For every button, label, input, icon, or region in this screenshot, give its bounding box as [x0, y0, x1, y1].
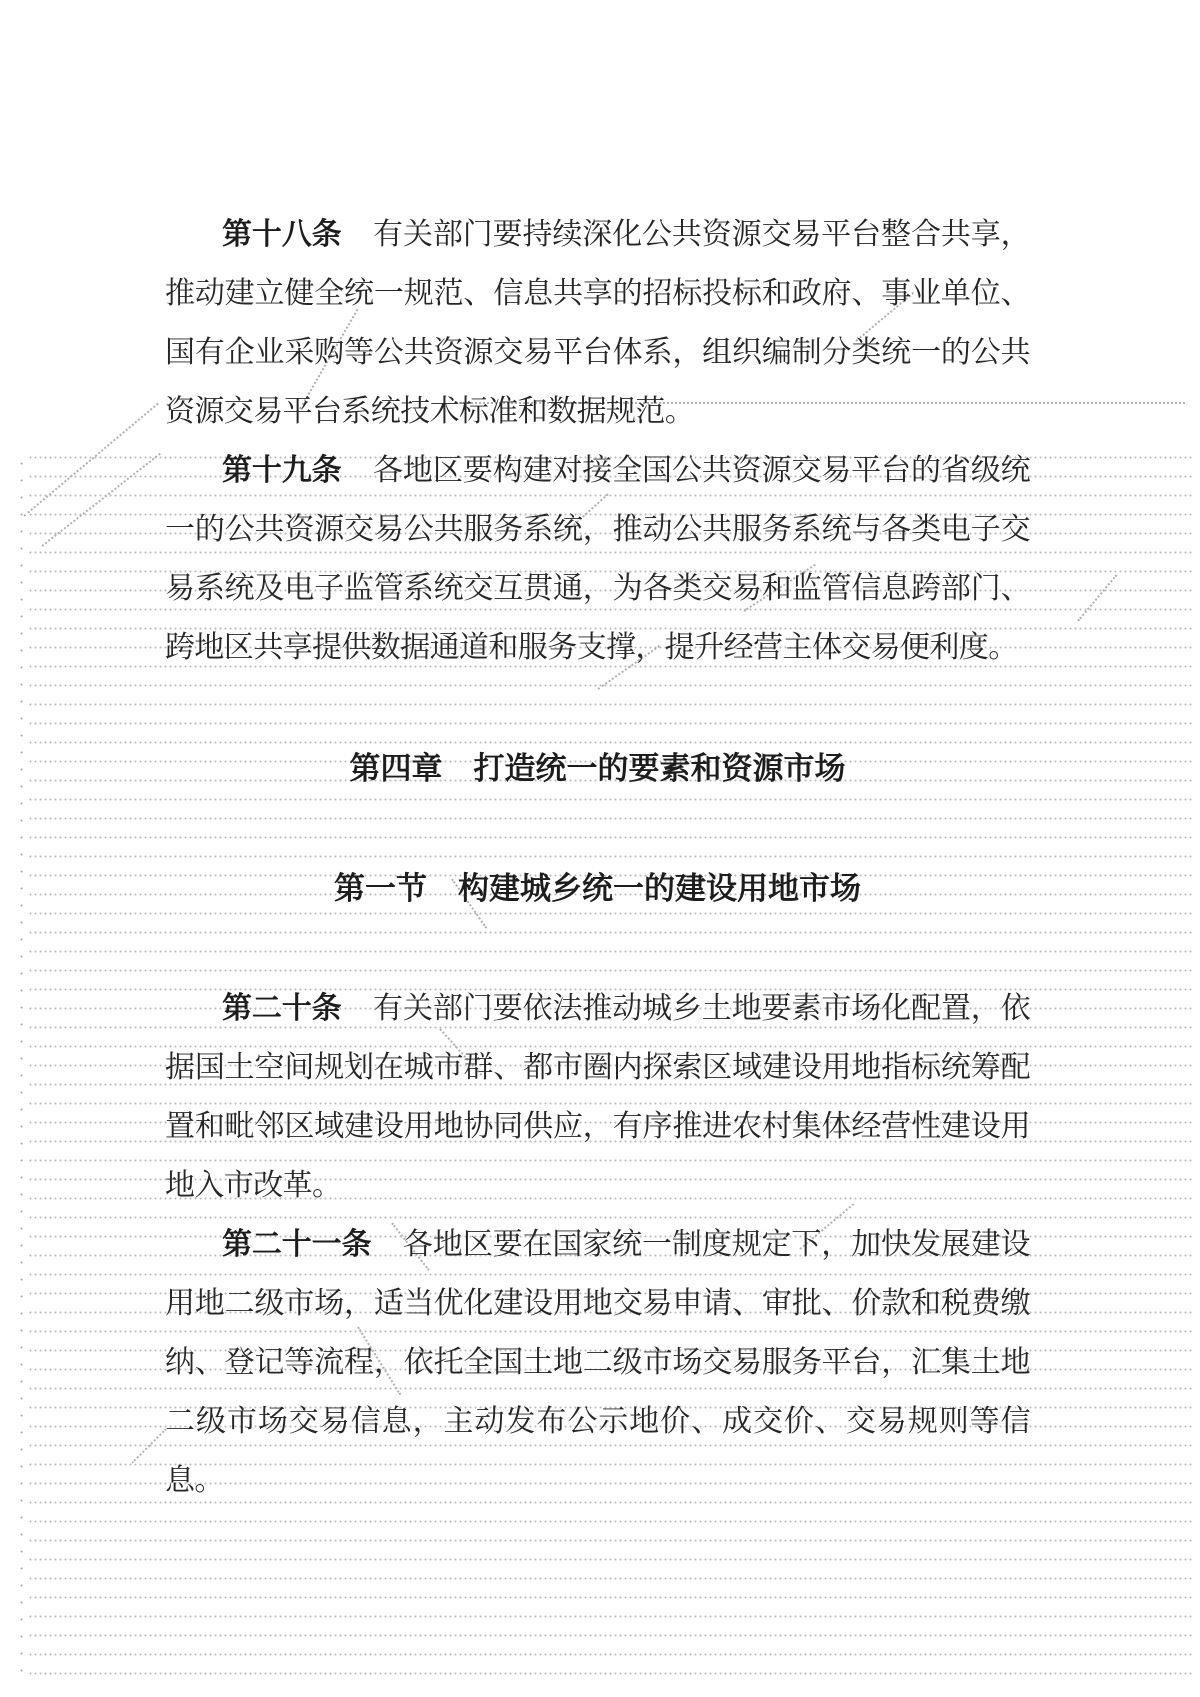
chapter-heading: 第四章打造统一的要素和资源市场: [165, 739, 1030, 798]
article-21-label: 第二十一条: [222, 1228, 371, 1261]
article-20-label: 第二十条: [222, 992, 342, 1025]
scan-left-dot-column: [19, 455, 24, 1685]
article-21-paragraph: 第二十一条各地区要在国家统一制度规定下，加快发展建设用地二级市场，适当优化建设用…: [165, 1215, 1030, 1510]
article-19-paragraph: 第十九条各地区要构建对接全国公共资源交易平台的省级统一的公共资源交易公共服务系统…: [165, 441, 1030, 677]
section-heading: 第一节构建城乡统一的建设用地市场: [165, 859, 1030, 918]
section-number: 第一节: [334, 871, 427, 906]
article-18-paragraph: 第十八条有关部门要持续深化公共资源交易平台整合共享，推动建立健全统一规范、信息共…: [165, 205, 1030, 441]
chapter-title: 打造统一的要素和资源市场: [474, 751, 846, 786]
chapter-number: 第四章: [350, 751, 443, 786]
section-title: 构建城乡统一的建设用地市场: [458, 871, 861, 906]
document-page: 第十八条有关部门要持续深化公共资源交易平台整合共享，推动建立健全统一规范、信息共…: [0, 0, 1200, 1697]
article-20-paragraph: 第二十条有关部门要依法推动城乡土地要素市场化配置，依据国土空间规划在城市群、都市…: [165, 979, 1030, 1215]
document-body: 第十八条有关部门要持续深化公共资源交易平台整合共享，推动建立健全统一规范、信息共…: [165, 205, 1030, 1510]
article-18-label: 第十八条: [222, 218, 342, 251]
article-21-text: 各地区要在国家统一制度规定下，加快发展建设用地二级市场，适当优化建设用地交易申请…: [165, 1228, 1030, 1497]
article-19-label: 第十九条: [222, 454, 342, 487]
